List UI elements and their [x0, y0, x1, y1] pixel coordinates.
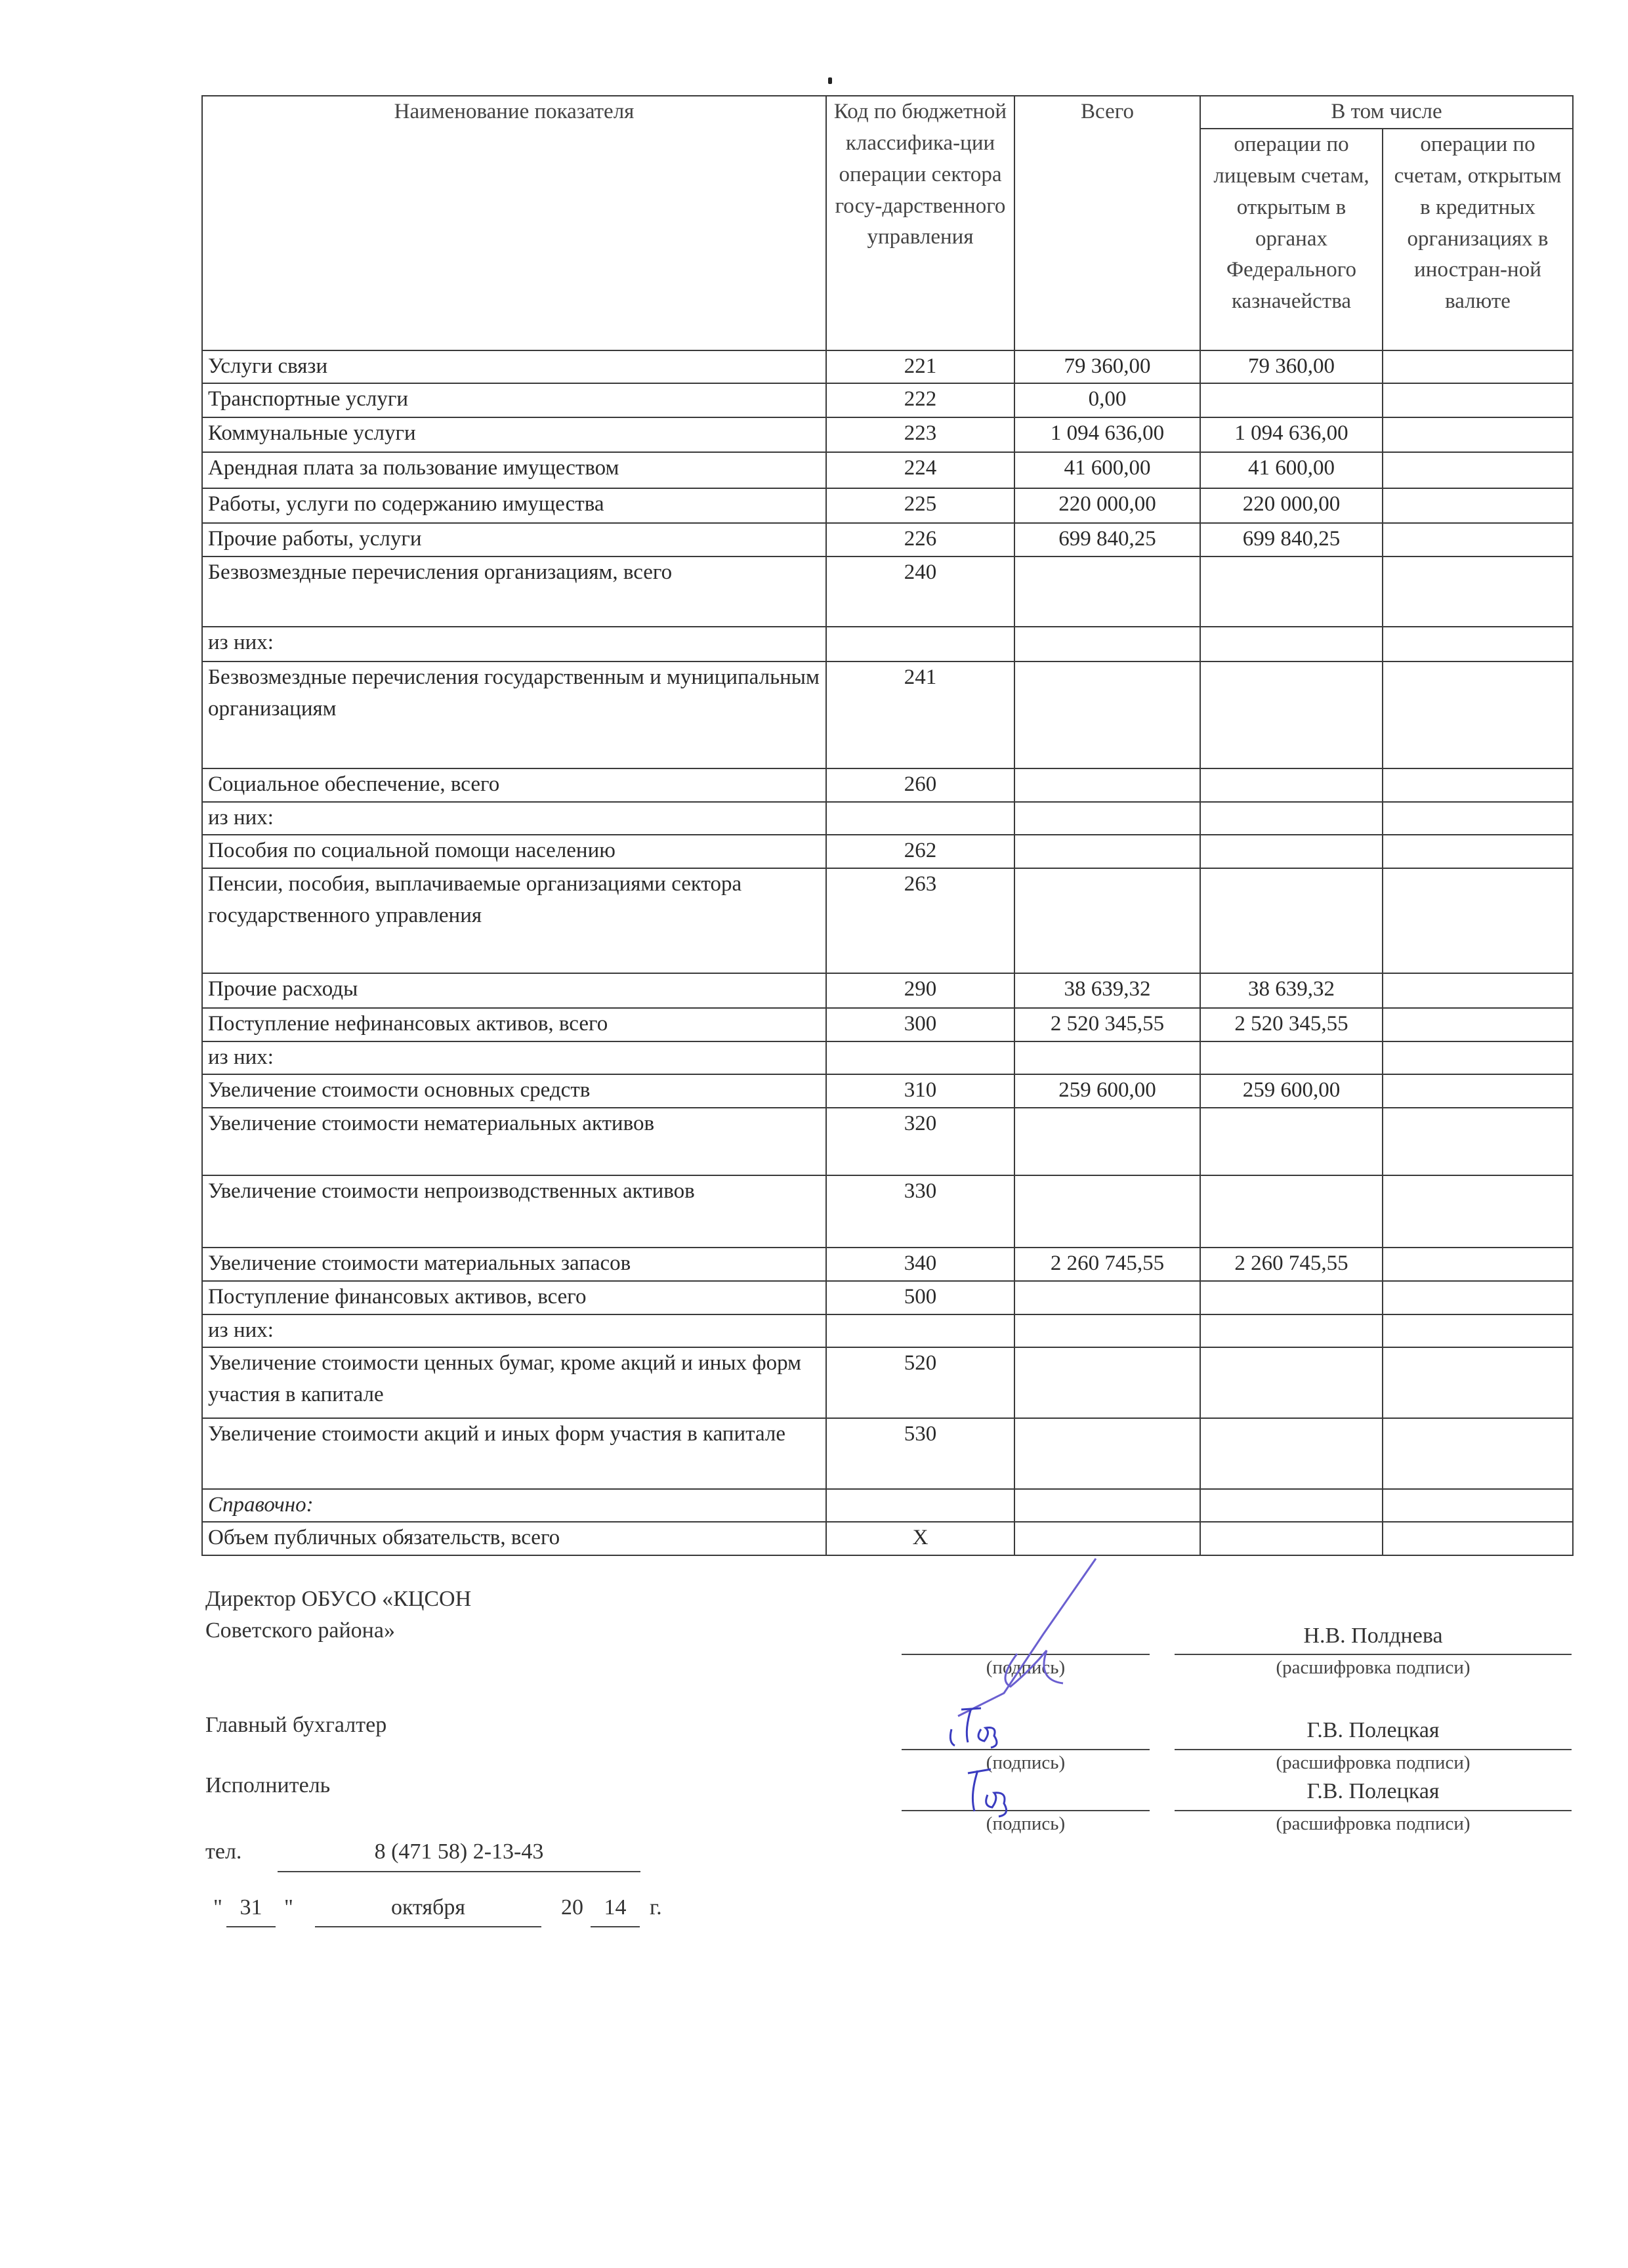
row-code: 263: [826, 868, 1014, 973]
row-code: 340: [826, 1248, 1014, 1281]
table-row: Увеличение стоимости ценных бумаг, кроме…: [202, 1347, 1573, 1418]
date-day-underline: [226, 1926, 276, 1927]
row-treasury: 41 600,00: [1200, 452, 1383, 488]
row-treasury: [1200, 627, 1383, 661]
row-total: 2 260 745,55: [1014, 1248, 1200, 1281]
report-table: Наименование показателя Код по бюджетной…: [201, 95, 1574, 1556]
table-row: Увеличение стоимости материальных запасо…: [202, 1248, 1573, 1281]
row-treasury: 1 094 636,00: [1200, 417, 1383, 452]
row-name: из них:: [202, 1041, 826, 1074]
row-total: [1014, 835, 1200, 868]
row-total: [1014, 1347, 1200, 1418]
table-row: Прочие работы, услуги226699 840,25699 84…: [202, 523, 1573, 556]
row-foreign-currency: [1383, 1074, 1573, 1108]
row-code: [826, 627, 1014, 661]
row-name: Прочие работы, услуги: [202, 523, 826, 556]
date-month: октября: [315, 1895, 541, 1920]
table-row: Увеличение стоимости акций и иных форм у…: [202, 1418, 1573, 1489]
row-total: [1014, 1175, 1200, 1248]
row-foreign-currency: [1383, 661, 1573, 768]
row-treasury: 699 840,25: [1200, 523, 1383, 556]
row-total: [1014, 556, 1200, 627]
row-total: [1014, 1281, 1200, 1314]
row-foreign-currency: [1383, 1108, 1573, 1175]
table-row: Транспортные услуги2220,00: [202, 383, 1573, 417]
row-foreign-currency: [1383, 868, 1573, 973]
row-treasury: 259 600,00: [1200, 1074, 1383, 1108]
row-total: [1014, 768, 1200, 802]
row-foreign-currency: [1383, 1347, 1573, 1418]
row-foreign-currency: [1383, 1175, 1573, 1248]
row-treasury: [1200, 661, 1383, 768]
table-row: Увеличение стоимости нематериальных акти…: [202, 1108, 1573, 1175]
row-code: 224: [826, 452, 1014, 488]
row-treasury: [1200, 1347, 1383, 1418]
row-total: [1014, 1041, 1200, 1074]
row-total: [1014, 802, 1200, 835]
date-month-underline: [315, 1926, 541, 1927]
row-treasury: [1200, 768, 1383, 802]
row-code: 223: [826, 417, 1014, 452]
header-code: Код по бюджетной классифика-ции операции…: [826, 96, 1014, 350]
row-name: Безвозмездные перечисления государственн…: [202, 661, 826, 768]
table-row: Безвозмездные перечисления государственн…: [202, 661, 1573, 768]
date-year-prefix: 20: [561, 1895, 583, 1920]
row-total: [1014, 1418, 1200, 1489]
row-code: [826, 1489, 1014, 1522]
row-name: Поступление финансовых активов, всего: [202, 1281, 826, 1314]
row-total: 41 600,00: [1014, 452, 1200, 488]
row-name: Объем публичных обязательств, всего: [202, 1522, 826, 1555]
row-code: 300: [826, 1008, 1014, 1041]
row-name: Безвозмездные перечисления организациям,…: [202, 556, 826, 627]
row-name: Транспортные услуги: [202, 383, 826, 417]
row-name: Увеличение стоимости нематериальных акти…: [202, 1108, 826, 1175]
phone-underline: [278, 1871, 640, 1872]
row-total: 259 600,00: [1014, 1074, 1200, 1108]
row-name: Коммунальные услуги: [202, 417, 826, 452]
row-code: [826, 802, 1014, 835]
row-name: из них:: [202, 1314, 826, 1347]
row-code: [826, 1041, 1014, 1074]
row-name: из них:: [202, 627, 826, 661]
row-treasury: [1200, 1522, 1383, 1555]
executor-signature-icon: [958, 1765, 1030, 1818]
row-code: 226: [826, 523, 1014, 556]
row-code: 240: [826, 556, 1014, 627]
row-foreign-currency: [1383, 802, 1573, 835]
table-row: Работы, услуги по содержанию имущества22…: [202, 488, 1573, 523]
director-decoding-hint: (расшифровка подписи): [1175, 1657, 1572, 1679]
row-name: Увеличение стоимости основных средств: [202, 1074, 826, 1108]
row-treasury: [1200, 835, 1383, 868]
chief-accountant-name: Г.В. Полецкая: [1175, 1718, 1572, 1743]
header-foreign-currency: операции по счетам, открытым в кредитных…: [1383, 129, 1573, 350]
table-body: Услуги связи22179 360,0079 360,00Транспо…: [202, 350, 1573, 1555]
row-total: 79 360,00: [1014, 350, 1200, 383]
row-name: Увеличение стоимости материальных запасо…: [202, 1248, 826, 1281]
row-name: Увеличение стоимости ценных бумаг, кроме…: [202, 1347, 826, 1418]
row-foreign-currency: [1383, 1314, 1573, 1347]
row-code: 225: [826, 488, 1014, 523]
director-title-2: Советского района»: [205, 1618, 395, 1643]
row-foreign-currency: [1383, 350, 1573, 383]
header-total: Всего: [1014, 96, 1200, 350]
scan-mark: [828, 77, 832, 84]
table-row: Прочие расходы29038 639,3238 639,32: [202, 973, 1573, 1008]
row-total: 220 000,00: [1014, 488, 1200, 523]
row-code: 222: [826, 383, 1014, 417]
row-treasury: [1200, 556, 1383, 627]
chief-accountant-signature-icon: [945, 1703, 1017, 1749]
table-row: Поступление финансовых активов, всего500: [202, 1281, 1573, 1314]
row-foreign-currency: [1383, 556, 1573, 627]
row-treasury: [1200, 802, 1383, 835]
row-code: X: [826, 1522, 1014, 1555]
row-foreign-currency: [1383, 1248, 1573, 1281]
header-including: В том числе: [1200, 96, 1573, 129]
row-treasury: 2 520 345,55: [1200, 1008, 1383, 1041]
row-code: 310: [826, 1074, 1014, 1108]
row-name: Услуги связи: [202, 350, 826, 383]
row-foreign-currency: [1383, 835, 1573, 868]
row-foreign-currency: [1383, 383, 1573, 417]
row-total: [1014, 868, 1200, 973]
row-name: Арендная плата за пользование имуществом: [202, 452, 826, 488]
row-total: 699 840,25: [1014, 523, 1200, 556]
row-code: 262: [826, 835, 1014, 868]
date-year-underline: [591, 1926, 640, 1927]
chief-accountant-decoding-line: [1175, 1749, 1572, 1750]
row-treasury: [1200, 1418, 1383, 1489]
table-row: Арендная плата за пользование имуществом…: [202, 452, 1573, 488]
row-code: [826, 1314, 1014, 1347]
date-year-label: г.: [650, 1895, 662, 1920]
director-name: Н.В. Полднева: [1175, 1624, 1572, 1648]
director-decoding-line: [1175, 1654, 1572, 1655]
row-code: 520: [826, 1347, 1014, 1418]
header-treasury: операции по лицевым счетам, открытым в о…: [1200, 129, 1383, 350]
row-foreign-currency: [1383, 488, 1573, 523]
chief-accountant-signature-line: [902, 1749, 1150, 1750]
row-treasury: [1200, 1314, 1383, 1347]
executor-decoding-line: [1175, 1810, 1572, 1811]
row-name: Увеличение стоимости акций и иных форм у…: [202, 1418, 826, 1489]
table-row: Увеличение стоимости непроизводственных …: [202, 1175, 1573, 1248]
row-treasury: 2 260 745,55: [1200, 1248, 1383, 1281]
table-row: Пособия по социальной помощи населению26…: [202, 835, 1573, 868]
row-code: 330: [826, 1175, 1014, 1248]
director-title-1: Директор ОБУСО «КЦСОН: [205, 1587, 471, 1612]
row-name: Прочие расходы: [202, 973, 826, 1008]
table-row: Справочно:: [202, 1489, 1573, 1522]
row-foreign-currency: [1383, 627, 1573, 661]
row-name: Справочно:: [202, 1489, 826, 1522]
row-name: Поступление нефинансовых активов, всего: [202, 1008, 826, 1041]
row-code: 260: [826, 768, 1014, 802]
row-code: 530: [826, 1418, 1014, 1489]
row-total: [1014, 627, 1200, 661]
executor-decoding-hint: (расшифровка подписи): [1175, 1813, 1572, 1835]
row-total: [1014, 1314, 1200, 1347]
row-treasury: [1200, 383, 1383, 417]
row-total: 2 520 345,55: [1014, 1008, 1200, 1041]
row-foreign-currency: [1383, 768, 1573, 802]
row-code: 221: [826, 350, 1014, 383]
header-name: Наименование показателя: [202, 96, 826, 350]
row-treasury: 220 000,00: [1200, 488, 1383, 523]
row-code: 320: [826, 1108, 1014, 1175]
row-foreign-currency: [1383, 1281, 1573, 1314]
row-name: Социальное обеспечение, всего: [202, 768, 826, 802]
table-row: Социальное обеспечение, всего260: [202, 768, 1573, 802]
row-treasury: 79 360,00: [1200, 350, 1383, 383]
row-code: 500: [826, 1281, 1014, 1314]
table-row: Объем публичных обязательств, всегоX: [202, 1522, 1573, 1555]
row-name: Пособия по социальной помощи населению: [202, 835, 826, 868]
row-treasury: [1200, 1108, 1383, 1175]
table-row: из них:: [202, 802, 1573, 835]
row-treasury: 38 639,32: [1200, 973, 1383, 1008]
date-year-suffix: 14: [591, 1895, 640, 1920]
phone-label: тел.: [205, 1839, 241, 1864]
row-total: [1014, 1489, 1200, 1522]
row-total: [1014, 661, 1200, 768]
row-total: [1014, 1522, 1200, 1555]
table-row: Безвозмездные перечисления организациям,…: [202, 556, 1573, 627]
row-foreign-currency: [1383, 1041, 1573, 1074]
row-name: из них:: [202, 802, 826, 835]
table-row: Коммунальные услуги2231 094 636,001 094 …: [202, 417, 1573, 452]
row-name: Работы, услуги по содержанию имущества: [202, 488, 826, 523]
row-foreign-currency: [1383, 523, 1573, 556]
director-signature-icon: [932, 1555, 1102, 1719]
row-foreign-currency: [1383, 1418, 1573, 1489]
row-name: Пенсии, пособия, выплачиваемые организац…: [202, 868, 826, 973]
row-foreign-currency: [1383, 1008, 1573, 1041]
row-foreign-currency: [1383, 973, 1573, 1008]
row-foreign-currency: [1383, 1489, 1573, 1522]
phone-number: 8 (471 58) 2-13-43: [278, 1839, 640, 1864]
row-treasury: [1200, 1041, 1383, 1074]
row-code: 290: [826, 973, 1014, 1008]
date-day: 31: [226, 1895, 276, 1920]
row-total: 38 639,32: [1014, 973, 1200, 1008]
row-foreign-currency: [1383, 452, 1573, 488]
date-close-quote: ": [284, 1895, 293, 1920]
row-total: 1 094 636,00: [1014, 417, 1200, 452]
executor-title: Исполнитель: [205, 1773, 330, 1798]
row-treasury: [1200, 1489, 1383, 1522]
row-total: 0,00: [1014, 383, 1200, 417]
chief-accountant-title: Главный бухгалтер: [205, 1713, 386, 1738]
chief-accountant-decoding-hint: (расшифровка подписи): [1175, 1752, 1572, 1774]
table-row: Услуги связи22179 360,0079 360,00: [202, 350, 1573, 383]
table-row: Поступление нефинансовых активов, всего3…: [202, 1008, 1573, 1041]
row-foreign-currency: [1383, 1522, 1573, 1555]
row-treasury: [1200, 1281, 1383, 1314]
table-row: из них:: [202, 627, 1573, 661]
row-treasury: [1200, 1175, 1383, 1248]
table-row: из них:: [202, 1041, 1573, 1074]
date-open-quote: ": [213, 1895, 222, 1920]
row-treasury: [1200, 868, 1383, 973]
row-code: 241: [826, 661, 1014, 768]
executor-name: Г.В. Полецкая: [1175, 1779, 1572, 1804]
row-total: [1014, 1108, 1200, 1175]
row-foreign-currency: [1383, 417, 1573, 452]
table-row: из них:: [202, 1314, 1573, 1347]
row-name: Увеличение стоимости непроизводственных …: [202, 1175, 826, 1248]
table-row: Пенсии, пособия, выплачиваемые организац…: [202, 868, 1573, 973]
table-row: Увеличение стоимости основных средств310…: [202, 1074, 1573, 1108]
